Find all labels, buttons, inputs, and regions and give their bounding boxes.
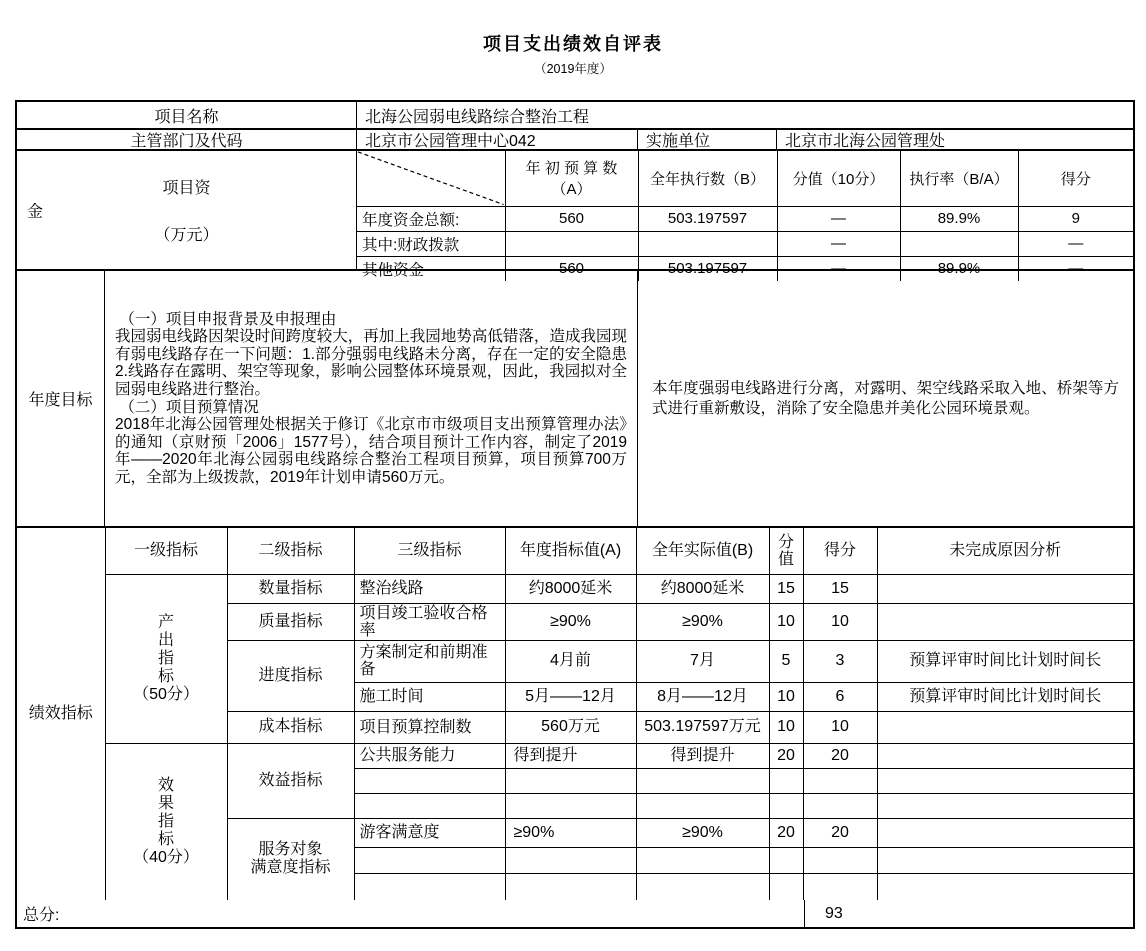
level2-schedule: 进度指标 <box>227 640 354 711</box>
funds-header-budget-a: 年 初 预 算 数 （A） <box>505 151 638 206</box>
empty-w-2 <box>769 793 803 818</box>
funds-fiscal-rate <box>900 231 1018 256</box>
empty-b-1 <box>636 768 769 793</box>
goal-paragraph-2: 我园弱电线路因架设时间跨度较大，再加上我园地势高低错落，造成我园现有弱电线路存在… <box>115 328 627 398</box>
indicators-header-row: 绩效指标 一级指标 二级指标 三级指标 年度指标值(A) 全年实际值(B) 分 … <box>17 528 1133 574</box>
funds-section: 金 项目资 （万元） 年 初 预 算 数 （A） 全年执行数（B） 分值（10分… <box>17 151 1133 271</box>
level3-acceptance-rate: 项目竣工验收合格率 <box>354 603 505 640</box>
empty-a-4 <box>505 873 636 900</box>
level2-quantity: 数量指标 <box>227 574 354 603</box>
header-level1: 一级指标 <box>105 528 227 574</box>
schedule2-score: 6 <box>803 682 877 711</box>
empty-w-4 <box>769 873 803 900</box>
quality-actual: ≥90% <box>636 603 769 640</box>
level3-public-service: 公共服务能力 <box>354 743 505 768</box>
empty-reason-3 <box>877 847 1133 873</box>
schedule1-actual: 7月 <box>636 640 769 682</box>
benefit-score: 20 <box>803 743 877 768</box>
benefit-weight: 20 <box>769 743 803 768</box>
funds-fiscal-label: 其中:财政拨款 <box>357 231 505 256</box>
empty-l3-4 <box>354 873 505 900</box>
cost-actual: 503.197597万元 <box>636 711 769 743</box>
schedule2-target: 5月——12月 <box>505 682 636 711</box>
funds-label: 项目资 （万元） <box>154 175 218 245</box>
indicator-row-quantity: 产 出 指 标 （50分） 数量指标 整治线路 约8000延米 约8000延米 … <box>17 574 1133 603</box>
level3-budget-control: 项目预算控制数 <box>354 711 505 743</box>
quantity-actual: 约8000延米 <box>636 574 769 603</box>
empty-reason-2 <box>877 793 1133 818</box>
goal-paragraph-3: （二）项目预算情况 <box>115 399 627 417</box>
cost-reason <box>877 711 1133 743</box>
funds-total-label: 年度资金总额: <box>357 206 505 231</box>
funds-row-fiscal: 其中:财政拨款 — — <box>357 231 1133 256</box>
funds-total-weight: — <box>777 206 900 231</box>
empty-b-2 <box>636 793 769 818</box>
funds-fiscal-weight: — <box>777 231 900 256</box>
quantity-weight: 15 <box>769 574 803 603</box>
impl-unit-label: 实施单位 <box>638 130 777 149</box>
quality-score: 10 <box>803 603 877 640</box>
indicators-section-label: 绩效指标 <box>17 528 105 900</box>
header-target-a: 年度指标值(A) <box>505 528 636 574</box>
annual-goal-result: 本年度强弱电线路进行分离，对露明、架空线路采取入地、桥架等方式进行重新敷设，消除… <box>638 271 1133 526</box>
empty-reason-4 <box>877 873 1133 900</box>
benefit-actual: 得到提升 <box>636 743 769 768</box>
cost-weight: 10 <box>769 711 803 743</box>
empty-s-3 <box>803 847 877 873</box>
schedule2-reason: 预算评审时间比计划时间长 <box>877 682 1133 711</box>
project-name-value: 北海公园弱电线路综合整治工程 <box>357 102 1133 128</box>
empty-b-4 <box>636 873 769 900</box>
funds-label-line2: （万元） <box>154 222 218 245</box>
quality-target: ≥90% <box>505 603 636 640</box>
group-output-indicators: 产 出 指 标 （50分） <box>105 574 227 743</box>
satisfaction-target: ≥90% <box>505 818 636 847</box>
impl-unit-value: 北京市北海公园管理处 <box>777 130 1133 149</box>
group-effect-indicators: 效 果 指 标 （40分） <box>105 743 227 900</box>
total-score-label: 总分: <box>17 900 805 927</box>
level3-renovate-lines: 整治线路 <box>354 574 505 603</box>
project-name-row: 项目名称 北海公园弱电线路综合整治工程 <box>17 102 1133 130</box>
schedule1-reason: 预算评审时间比计划时间长 <box>877 640 1133 682</box>
benefit-reason <box>877 743 1133 768</box>
funds-total-score: 9 <box>1018 206 1133 231</box>
indicator-row-benefit: 效 果 指 标 （40分） 效益指标 公共服务能力 得到提升 得到提升 20 2… <box>17 743 1133 768</box>
header-score: 得分 <box>803 528 877 574</box>
funds-table: 年 初 预 算 数 （A） 全年执行数（B） 分值（10分） 执行率（B/A） … <box>357 151 1133 281</box>
funds-fiscal-score: — <box>1018 231 1133 256</box>
empty-a-3 <box>505 847 636 873</box>
page-title: 项目支出绩效自评表 <box>0 30 1146 56</box>
funds-header-rate: 执行率（B/A） <box>900 151 1018 206</box>
benefit-target: 得到提升 <box>505 743 636 768</box>
satisfaction-actual: ≥90% <box>636 818 769 847</box>
schedule1-score: 3 <box>803 640 877 682</box>
indicators-table: 绩效指标 一级指标 二级指标 三级指标 年度指标值(A) 全年实际值(B) 分 … <box>17 528 1133 900</box>
quantity-score: 15 <box>803 574 877 603</box>
schedule2-actual: 8月——12月 <box>636 682 769 711</box>
empty-l3-2 <box>354 793 505 818</box>
funds-header-weight: 分值（10分） <box>777 151 900 206</box>
header-actual-b: 全年实际值(B) <box>636 528 769 574</box>
total-score-value: 93 <box>805 900 1133 927</box>
satisfaction-reason <box>877 818 1133 847</box>
goal-result-text: 本年度强弱电线路进行分离，对露明、架空线路采取入地、桥架等方式进行重新敷设，消除… <box>652 379 1119 419</box>
level3-visitor-satisfaction: 游客满意度 <box>354 818 505 847</box>
quality-weight: 10 <box>769 603 803 640</box>
level3-plan-preparation: 方案制定和前期准备 <box>354 640 505 682</box>
funds-fiscal-b <box>638 231 777 256</box>
dept-value: 北京市公园管理中心042 <box>357 130 638 149</box>
empty-s-1 <box>803 768 877 793</box>
empty-reason-1 <box>877 768 1133 793</box>
goal-paragraph-1: （一）项目申报背景及申报理由 <box>115 311 627 329</box>
funds-header-executed-b: 全年执行数（B） <box>638 151 777 206</box>
schedule1-weight: 5 <box>769 640 803 682</box>
annual-goal-description: （一）项目申报背景及申报理由 我园弱电线路因架设时间跨度较大，再加上我园地势高低… <box>105 271 638 526</box>
annual-goal-section: 年度目标 （一）项目申报背景及申报理由 我园弱电线路因架设时间跨度较大，再加上我… <box>17 271 1133 528</box>
annual-goal-label: 年度目标 <box>17 271 105 526</box>
level3-construction-time: 施工时间 <box>354 682 505 711</box>
diagonal-line-icon <box>357 151 505 206</box>
funds-row-header: 金 项目资 （万元） <box>17 151 357 269</box>
funds-label-jin: 金 <box>27 199 43 222</box>
empty-s-4 <box>803 873 877 900</box>
funds-diagonal-cell <box>357 151 505 206</box>
empty-l3-1 <box>354 768 505 793</box>
header-level2: 二级指标 <box>227 528 354 574</box>
cost-target: 560万元 <box>505 711 636 743</box>
funds-total-rate: 89.9% <box>900 206 1018 231</box>
funds-header-score: 得分 <box>1018 151 1133 206</box>
empty-l3-3 <box>354 847 505 873</box>
schedule1-target: 4月前 <box>505 640 636 682</box>
empty-a-1 <box>505 768 636 793</box>
level2-quality: 质量指标 <box>227 603 354 640</box>
self-evaluation-form-table: 项目名称 北海公园弱电线路综合整治工程 主管部门及代码 北京市公园管理中心042… <box>15 100 1135 929</box>
level2-cost: 成本指标 <box>227 711 354 743</box>
empty-s-2 <box>803 793 877 818</box>
cost-score: 10 <box>803 711 877 743</box>
funds-total-a: 560 <box>505 206 638 231</box>
empty-a-2 <box>505 793 636 818</box>
satisfaction-weight: 20 <box>769 818 803 847</box>
total-score-row: 总分: 93 <box>17 900 1133 927</box>
quantity-reason <box>877 574 1133 603</box>
funds-fiscal-a <box>505 231 638 256</box>
schedule2-weight: 10 <box>769 682 803 711</box>
header-level3: 三级指标 <box>354 528 505 574</box>
dept-label: 主管部门及代码 <box>17 130 357 149</box>
goal-paragraph-4: 2018年北海公园管理处根据关于修订《北京市市级项目支出预算管理办法》的通知（京… <box>115 416 627 486</box>
empty-w-1 <box>769 768 803 793</box>
header-reason: 未完成原因分析 <box>877 528 1133 574</box>
funds-row-total: 年度资金总额: 560 503.197597 — 89.9% 9 <box>357 206 1133 231</box>
page-subtitle: （2019年度） <box>0 59 1146 77</box>
quality-reason <box>877 603 1133 640</box>
empty-w-3 <box>769 847 803 873</box>
level2-benefit: 效益指标 <box>227 743 354 818</box>
funds-header-row: 年 初 预 算 数 （A） 全年执行数（B） 分值（10分） 执行率（B/A） … <box>357 151 1133 206</box>
satisfaction-score: 20 <box>803 818 877 847</box>
project-name-label: 项目名称 <box>17 102 357 128</box>
funds-label-line1: 项目资 <box>154 175 218 198</box>
funds-total-b: 503.197597 <box>638 206 777 231</box>
header-weight: 分 值 <box>769 528 803 574</box>
dept-row: 主管部门及代码 北京市公园管理中心042 实施单位 北京市北海公园管理处 <box>17 130 1133 151</box>
empty-b-3 <box>636 847 769 873</box>
quantity-target: 约8000延米 <box>505 574 636 603</box>
level2-satisfaction: 服务对象 满意度指标 <box>227 818 354 900</box>
